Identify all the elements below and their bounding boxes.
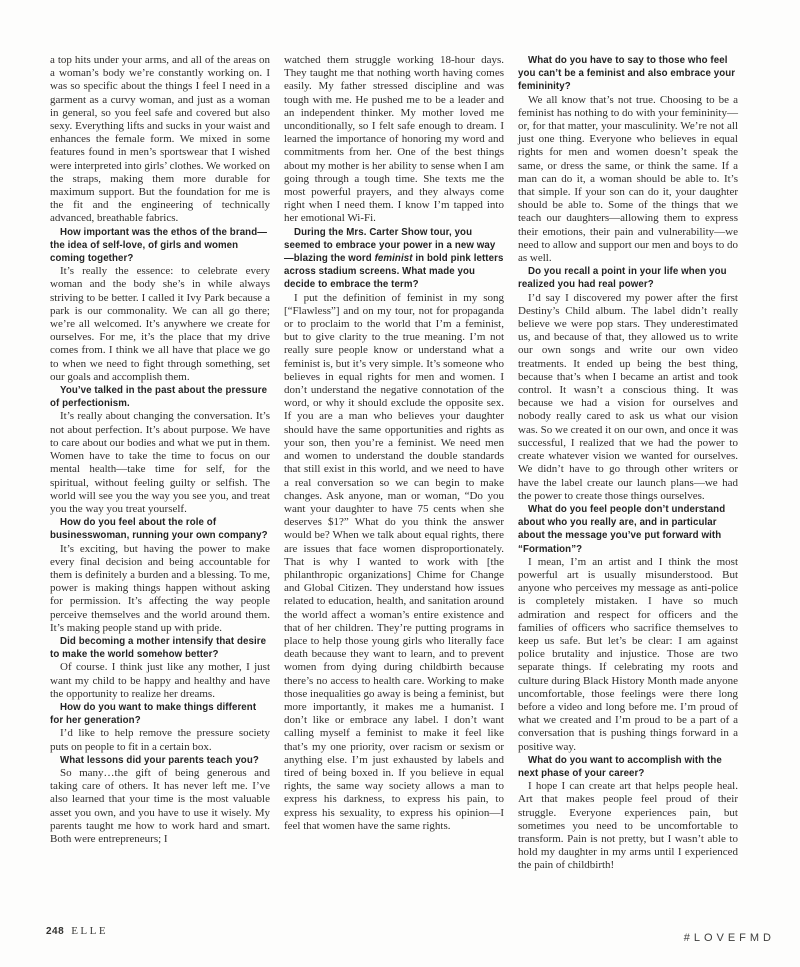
interview-answer: Of course. I think just like any mother,… — [50, 661, 270, 701]
interview-answer: watched them struggle working 18-hour da… — [284, 54, 504, 226]
interview-question: How do you want to make things different… — [50, 701, 270, 727]
interview-question: During the Mrs. Carter Show tour, you se… — [284, 226, 504, 292]
interview-question: Did becoming a mother intensify that des… — [50, 635, 270, 661]
interview-question: What do you feel people don’t understand… — [518, 503, 738, 556]
article-column-1: a top hits under your arms, and all of t… — [50, 54, 270, 873]
article-column-2: watched them struggle working 18-hour da… — [284, 54, 504, 873]
watermark-hashtag: #LOVEFMD — [684, 932, 775, 944]
interview-answer: It’s really the essence: to celebrate ev… — [50, 265, 270, 384]
interview-answer: We all know that’s not true. Choosing to… — [518, 94, 738, 266]
interview-answer: I put the definition of feminist in my s… — [284, 292, 504, 833]
magazine-brand-logo: ELLE — [71, 925, 108, 937]
interview-answer: I mean, I’m an artist and I think the mo… — [518, 556, 738, 754]
interview-answer: It’s really about changing the conversat… — [50, 410, 270, 516]
page-number: 248 — [46, 926, 64, 937]
interview-question: What lessons did your parents teach you? — [50, 754, 270, 767]
page-folio: 248 ELLE — [46, 925, 108, 937]
interview-question: How do you feel about the role of busine… — [50, 516, 270, 542]
article-column-3: What do you have to say to those who fee… — [518, 54, 738, 873]
interview-question: What do you have to say to those who fee… — [518, 54, 738, 94]
interview-answer: I’d say I discovered my power after the … — [518, 292, 738, 503]
interview-answer: It’s exciting, but having the power to m… — [50, 543, 270, 635]
article-body: a top hits under your arms, and all of t… — [50, 54, 738, 873]
interview-question: You’ve talked in the past about the pres… — [50, 384, 270, 410]
interview-answer: a top hits under your arms, and all of t… — [50, 54, 270, 226]
interview-question: What do you want to accomplish with the … — [518, 754, 738, 780]
interview-answer: I’d like to help remove the pressure soc… — [50, 727, 270, 753]
interview-question: How important was the ethos of the brand… — [50, 226, 270, 266]
interview-answer: I hope I can create art that helps peopl… — [518, 780, 738, 872]
magazine-page: a top hits under your arms, and all of t… — [0, 0, 800, 967]
interview-question: Do you recall a point in your life when … — [518, 265, 738, 291]
interview-answer: So many…the gift of being generous and t… — [50, 767, 270, 846]
